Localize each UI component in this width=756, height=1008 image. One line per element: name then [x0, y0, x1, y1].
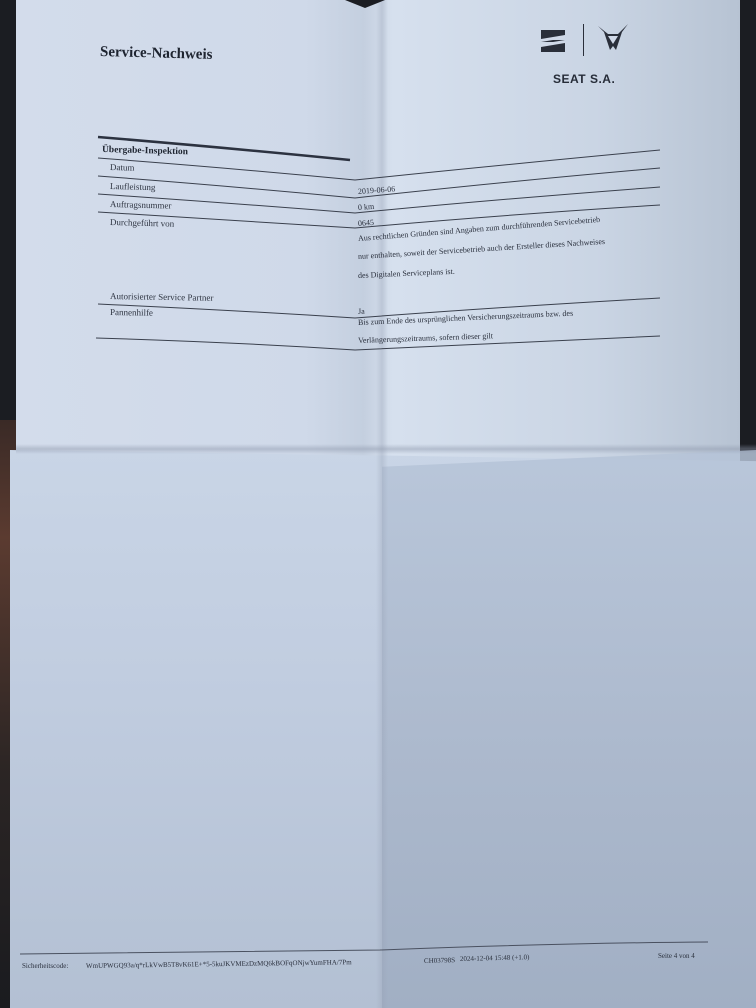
- row-label-laufleistung: Laufleistung: [110, 181, 156, 192]
- row-value-service-partner: Ja: [358, 307, 365, 316]
- row-value-auftragsnummer: 0645: [358, 218, 375, 228]
- footer-doc-id: CH03798S: [424, 956, 455, 965]
- footer-security-label: Sicherheitscode:: [22, 962, 68, 970]
- row-label-service-partner: Autorisierter Service Partner: [110, 291, 214, 303]
- row-label-durchgefuehrt: Durchgeführt von: [110, 217, 174, 229]
- row-label-datum: Datum: [110, 162, 135, 173]
- footer-page-number: Seite 4 von 4: [658, 952, 695, 960]
- row-value-laufleistung: 0 km: [358, 202, 375, 212]
- row-label-auftragsnummer: Auftragsnummer: [110, 199, 172, 211]
- row-label-pannenhilfe: Pannenhilfe: [110, 307, 153, 318]
